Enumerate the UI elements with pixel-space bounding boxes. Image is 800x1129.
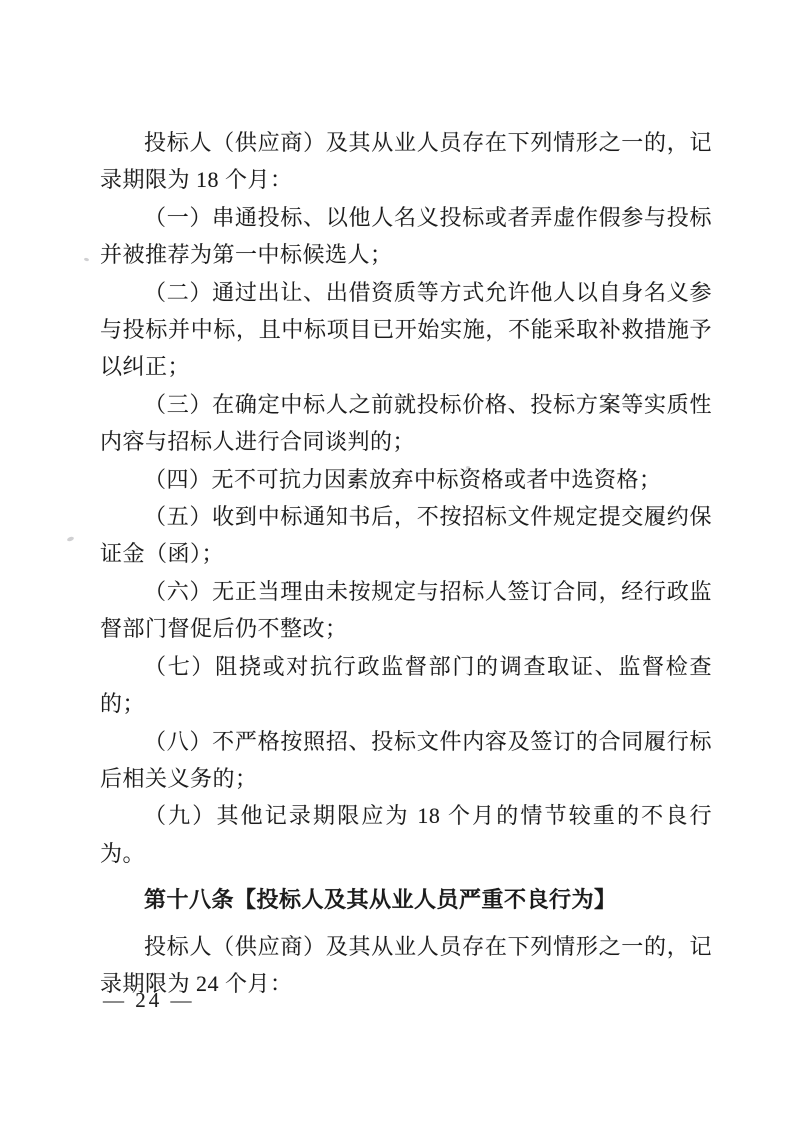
scan-speck — [84, 257, 90, 261]
paragraph-item-5: （五）收到中标通知书后，不按招标文件规定提交履约保证金（函）； — [100, 498, 712, 573]
article-18-heading: 第十八条【投标人及其从业人员严重不良行为】 — [100, 881, 712, 918]
document-page: 投标人（供应商）及其从业人员存在下列情形之一的，记录期限为 18 个月： （一）… — [100, 124, 712, 1002]
paragraph-item-1: （一）串通投标、以他人名义投标或者弄虚作假参与投标并被推荐为第一中标候选人； — [100, 199, 712, 274]
paragraph-item-9: （九）其他记录期限应为 18 个月的情节较重的不良行为。 — [100, 797, 712, 872]
paragraph-item-8: （八）不严格按照招、投标文件内容及签订的合同履行标后相关义务的； — [100, 723, 712, 798]
paragraph-item-7: （七）阻挠或对抗行政监督部门的调查取证、监督检查的； — [100, 648, 712, 723]
page-number: — 24 — — [103, 988, 195, 1013]
paragraph-item-3: （三）在确定中标人之前就投标价格、投标方案等实质性内容与招标人进行合同谈判的； — [100, 386, 712, 461]
paragraph-item-2: （二）通过出让、出借资质等方式允许他人以自身名义参与投标并中标，且中标项目已开始… — [100, 274, 712, 386]
paragraph-item-6: （六）无正当理由未按规定与招标人签订合同，经行政监督部门督促后仍不整改； — [100, 573, 712, 648]
scan-speck — [466, 466, 470, 469]
paragraph-item-4: （四）无不可抗力因素放弃中标资格或者中选资格； — [100, 461, 712, 498]
paragraph-intro-18-months: 投标人（供应商）及其从业人员存在下列情形之一的，记录期限为 18 个月： — [100, 124, 712, 199]
scan-speck — [67, 536, 75, 542]
